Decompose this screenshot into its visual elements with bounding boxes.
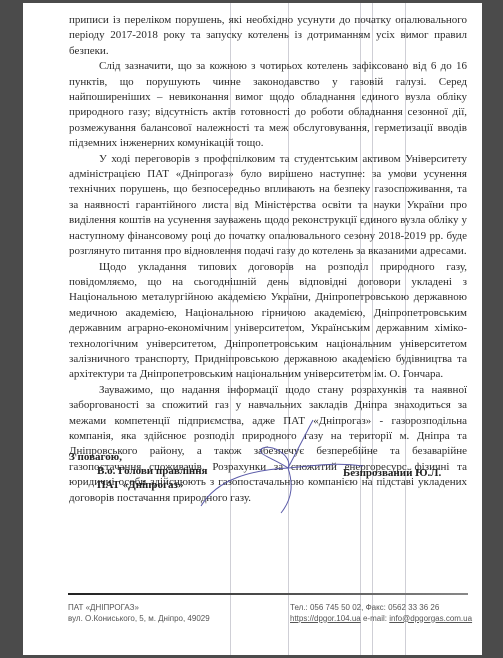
company-name: ПАТ «Дніпрогаз» <box>69 478 208 492</box>
footer-divider <box>68 593 468 595</box>
footer-contacts: Тел.: 056 745 50 02, Факс: 0562 33 36 26… <box>290 603 472 624</box>
paragraph: приписи із переліком порушень, які необх… <box>69 13 467 59</box>
footer-address: вул. О.Кониського, 5, м. Дніпро, 49029 <box>68 614 210 625</box>
footer-phone-fax: Тел.: 056 745 50 02, Факс: 0562 33 36 26 <box>290 603 472 614</box>
paragraph: У ході переговорів з профспілковим та ст… <box>69 152 467 260</box>
salutation: З повагою, <box>69 450 208 464</box>
paragraph: Слід зазначити, що за кожною з чотирьох … <box>69 59 467 151</box>
position-title: В.о. Голови правління <box>69 464 208 478</box>
email-link[interactable]: info@dpgorgas.com.ua <box>389 614 472 623</box>
website-link[interactable]: https://dpgor.104.ua <box>290 614 361 623</box>
document-page: приписи із переліком порушень, які необх… <box>23 3 482 655</box>
email-label: e-mail: <box>363 614 387 623</box>
paragraph: Щодо укладання типових договорів на розп… <box>69 260 467 383</box>
footer-company: ПАТ «ДНІПРОГАЗ» <box>68 603 210 614</box>
closing-block: З повагою, В.о. Голови правління ПАТ «Дн… <box>69 450 208 492</box>
footer-company-info: ПАТ «ДНІПРОГАЗ» вул. О.Кониського, 5, м.… <box>68 603 210 624</box>
signer-name: Безпрозваний Ю.Л. <box>343 467 441 479</box>
